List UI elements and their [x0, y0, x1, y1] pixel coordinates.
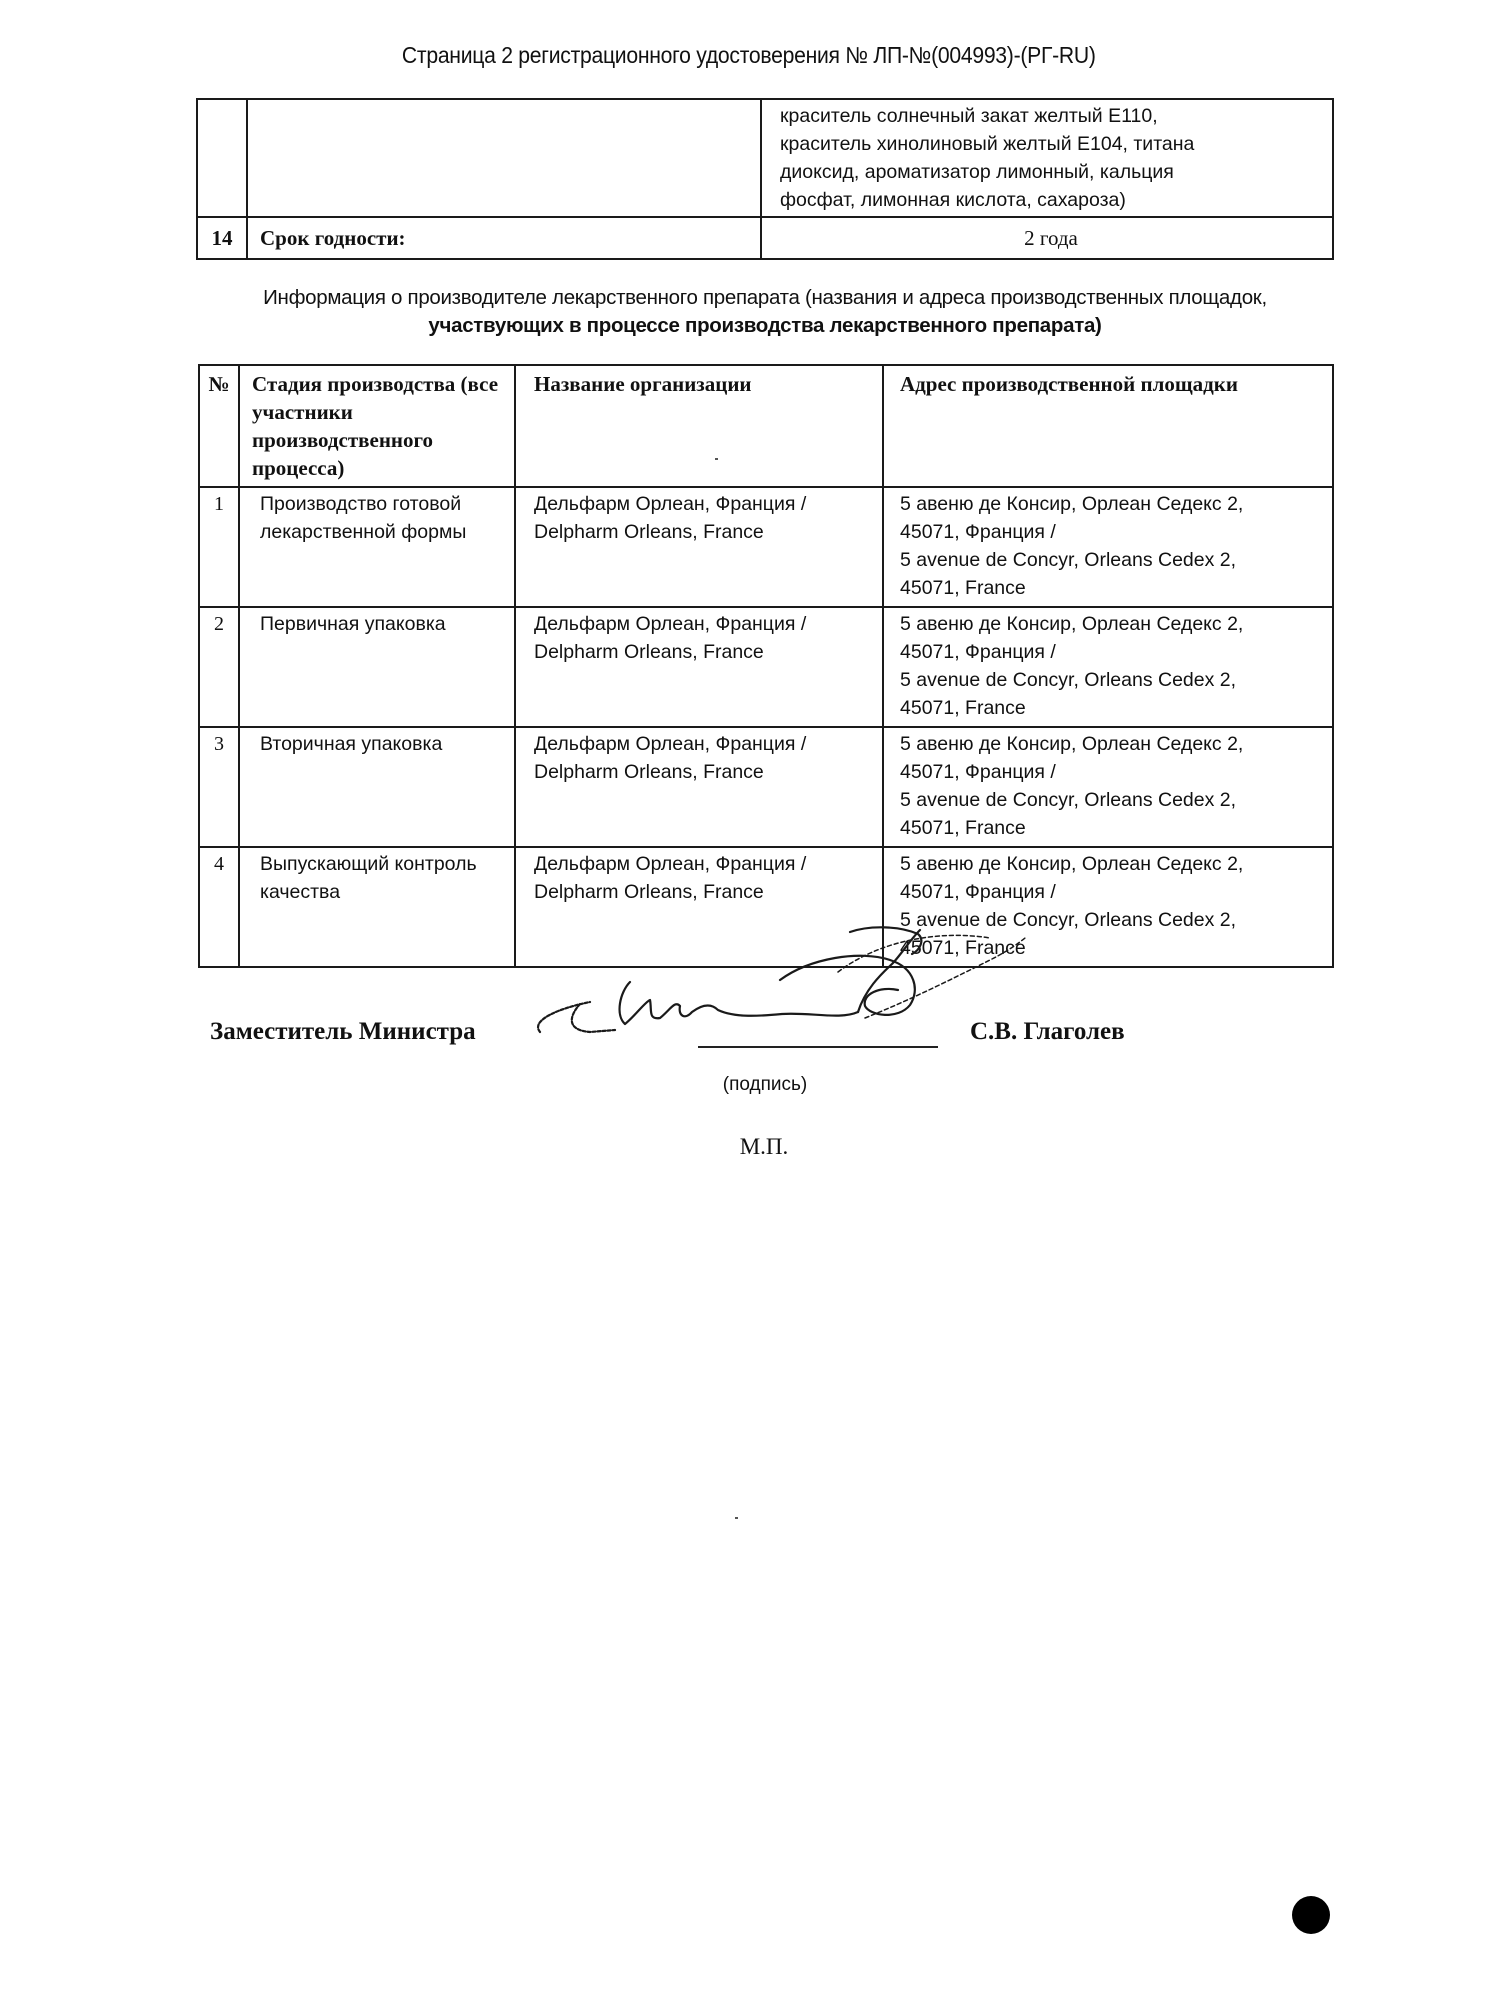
address-ru-line-2: 45071, Франция / — [900, 518, 1322, 546]
scan-speck — [715, 458, 718, 460]
composition-line: краситель хинолиновый желтый Е104, титан… — [780, 130, 1322, 158]
address-en-line-1: 5 avenue de Concyr, Orleans Cedex 2, — [900, 546, 1322, 574]
row-label-cell — [247, 99, 761, 217]
column-header-address: Адрес производственной площадки — [883, 365, 1333, 487]
column-header-organization: Название организации — [515, 365, 883, 487]
column-header-number: № — [199, 365, 239, 487]
site-address: 5 авеню де Консир, Орлеан Седекс 2, 4507… — [883, 607, 1333, 727]
organization-name: Дельфарм Орлеан, Франция / Delpharm Orle… — [515, 727, 883, 847]
manufacturer-table-header: № Стадия производства (все участники про… — [199, 365, 1333, 487]
shelf-life-label: Срок годности: — [247, 217, 761, 259]
row-number: 1 — [199, 487, 239, 607]
signatory-name: С.В. Глаголев — [970, 1018, 1125, 1046]
organization-name: Дельфарм Орлеан, Франция / Delpharm Orle… — [515, 487, 883, 607]
signature-block: Заместитель Министра С.В. Глаголев — [210, 1018, 1210, 1058]
table-row: 1 Производство готовой лекарственной фор… — [199, 487, 1333, 607]
signature-caption: (подпись) — [0, 1074, 1500, 1096]
organization-name-en: Delpharm Orleans, France — [534, 638, 872, 666]
organization-name: Дельфарм Орлеан, Франция / Delpharm Orle… — [515, 607, 883, 727]
production-stage: Выпускающий контроль качества — [239, 847, 515, 967]
organization-name-ru: Дельфарм Орлеан, Франция / — [534, 730, 872, 758]
manufacturer-table: № Стадия производства (все участники про… — [198, 364, 1334, 968]
organization-name-ru: Дельфарм Орлеан, Франция / — [534, 610, 872, 638]
composition-line: фосфат, лимонная кислота, сахароза) — [780, 186, 1322, 214]
row-number: 2 — [199, 607, 239, 727]
signature-line — [698, 1046, 938, 1048]
production-stage: Первичная упаковка — [239, 607, 515, 727]
page-header: Страница 2 регистрационного удостоверени… — [59, 42, 1439, 69]
address-ru-line-1: 5 авеню де Консир, Орлеан Седекс 2, — [900, 850, 1322, 878]
organization-name-ru: Дельфарм Орлеан, Франция / — [534, 850, 872, 878]
address-en-line-1: 5 avenue de Concyr, Orleans Cedex 2, — [900, 666, 1322, 694]
row-number: 3 — [199, 727, 239, 847]
manufacturer-section-title: Информация о производителе лекарственног… — [196, 284, 1334, 340]
address-en-line-2: 45071, France — [900, 574, 1322, 602]
organization-name-en: Delpharm Orleans, France — [534, 758, 872, 786]
address-en-line-2: 45071, France — [900, 694, 1322, 722]
section-title-line-1: Информация о производителе лекарственног… — [196, 284, 1334, 312]
column-header-stage: Стадия производства (все участники произ… — [239, 365, 515, 487]
composition-continuation-row: краситель солнечный закат желтый Е110, к… — [197, 99, 1333, 217]
scan-dot-mark — [1292, 1896, 1330, 1934]
production-stage: Вторичная упаковка — [239, 727, 515, 847]
site-address: 5 авеню де Консир, Орлеан Седекс 2, 4507… — [883, 487, 1333, 607]
composition-line: краситель солнечный закат желтый Е110, — [780, 102, 1322, 130]
signatory-position: Заместитель Министра — [210, 1018, 476, 1046]
address-ru-line-1: 5 авеню де Консир, Орлеан Седекс 2, — [900, 730, 1322, 758]
composition-table: краситель солнечный закат желтый Е110, к… — [196, 98, 1334, 260]
row-number: 4 — [199, 847, 239, 967]
address-ru-line-2: 45071, Франция / — [900, 758, 1322, 786]
stamp-label: М.П. — [0, 1134, 1500, 1160]
address-en-line-2: 45071, France — [900, 814, 1322, 842]
address-en-line-1: 5 avenue de Concyr, Orleans Cedex 2, — [900, 786, 1322, 814]
address-ru-line-1: 5 авеню де Консир, Орлеан Седекс 2, — [900, 610, 1322, 638]
section-title-line-2: участвующих в процессе производства лека… — [196, 312, 1334, 340]
organization-name-en: Delpharm Orleans, France — [534, 518, 872, 546]
site-address: 5 авеню де Консир, Орлеан Седекс 2, 4507… — [883, 727, 1333, 847]
shelf-life-value: 2 года — [761, 217, 1333, 259]
table-row: 3 Вторичная упаковка Дельфарм Орлеан, Фр… — [199, 727, 1333, 847]
address-ru-line-2: 45071, Франция / — [900, 638, 1322, 666]
organization-name-ru: Дельфарм Орлеан, Франция / — [534, 490, 872, 518]
address-ru-line-2: 45071, Франция / — [900, 878, 1322, 906]
address-ru-line-1: 5 авеню де Консир, Орлеан Седекс 2, — [900, 490, 1322, 518]
table-row: 2 Первичная упаковка Дельфарм Орлеан, Фр… — [199, 607, 1333, 727]
scan-speck — [735, 1517, 738, 1519]
row-number-cell — [197, 99, 247, 217]
shelf-life-number: 14 — [197, 217, 247, 259]
organization-name-en: Delpharm Orleans, France — [534, 878, 872, 906]
shelf-life-row: 14 Срок годности: 2 года — [197, 217, 1333, 259]
composition-line: диоксид, ароматизатор лимонный, кальция — [780, 158, 1322, 186]
production-stage: Производство готовой лекарственной формы — [239, 487, 515, 607]
composition-value-cell: краситель солнечный закат желтый Е110, к… — [761, 99, 1333, 217]
